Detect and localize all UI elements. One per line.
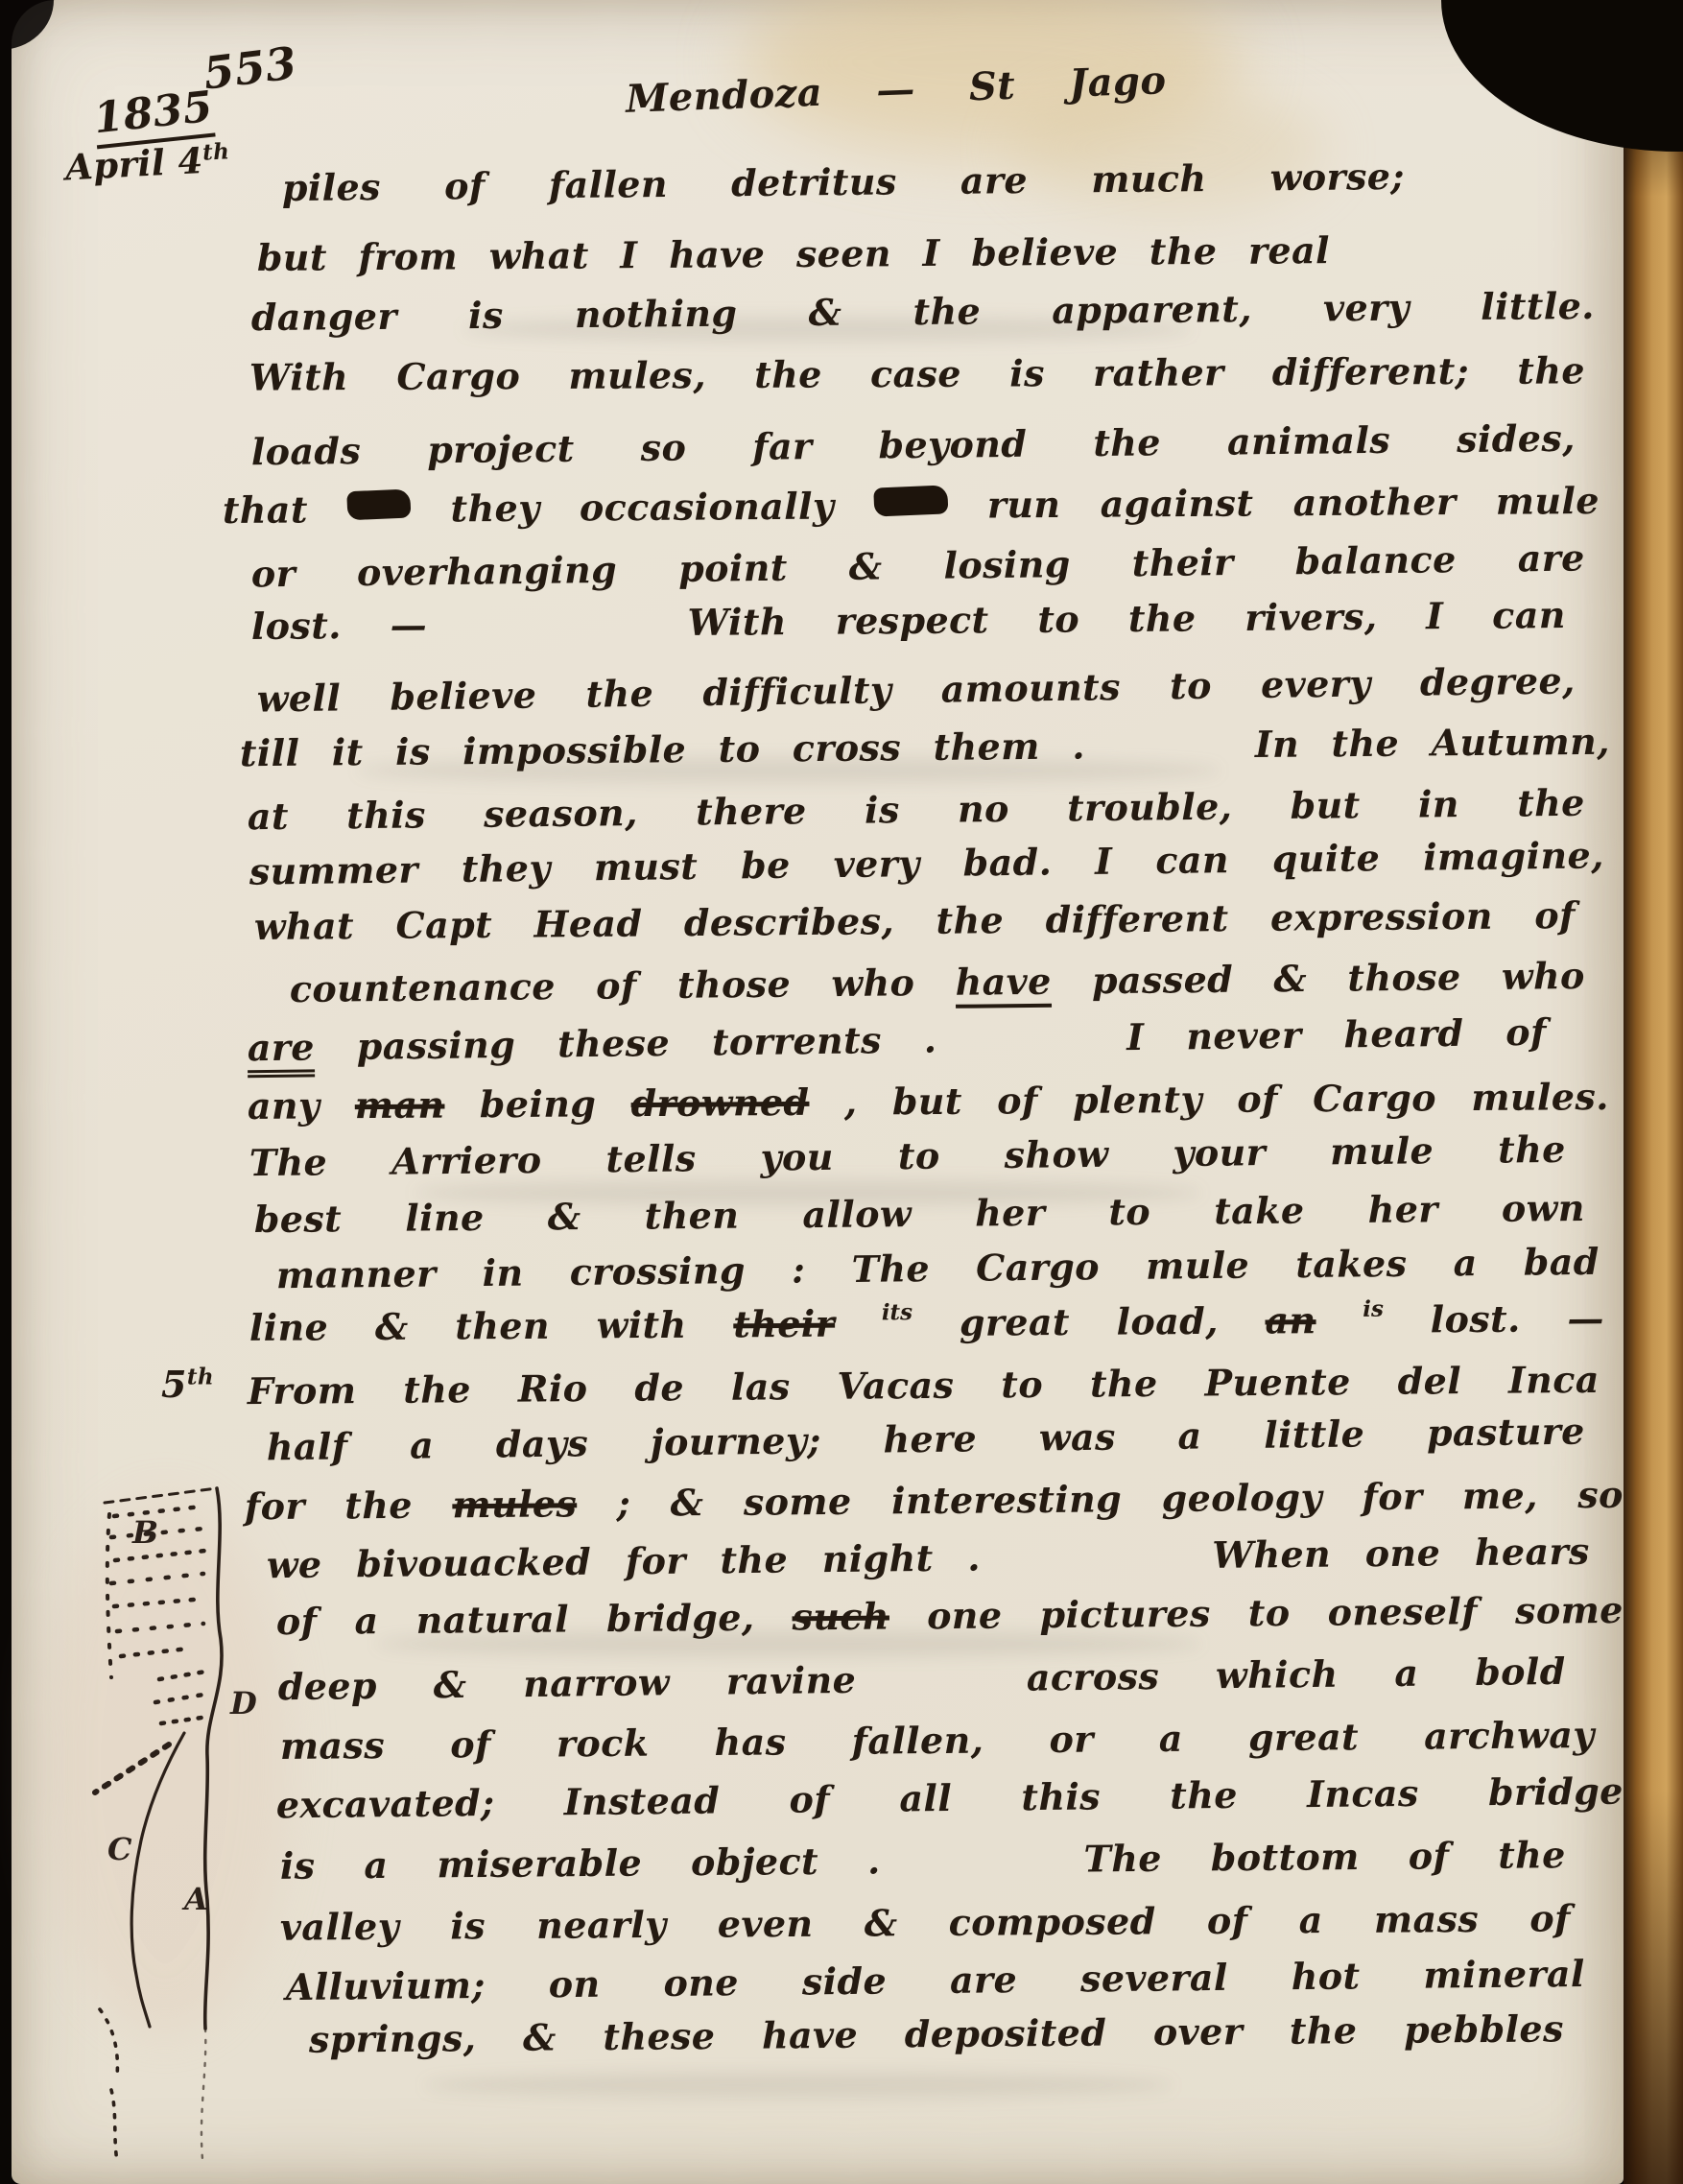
manuscript-words: With Cargo mules, the case is rather dif… (249, 348, 1585, 398)
manuscript-words: The bottom of the (1083, 1833, 1566, 1880)
manuscript-word-gap (979, 1051, 1084, 1052)
manuscript-word-strike: such (792, 1595, 889, 1639)
manuscript-word-gap-lg (1015, 1568, 1178, 1570)
manuscript-words: lost. — (1431, 1296, 1604, 1341)
manuscript-word-strike: mules (452, 1482, 577, 1526)
manuscript-words: piles of fallen detritus are much worse; (282, 154, 1405, 209)
manuscript-words: any (248, 1083, 320, 1128)
manuscript-words: ; & some interesting geology for me, so (617, 1473, 1624, 1525)
manuscript-words: valley is nearly even & composed of a ma… (280, 1896, 1571, 1948)
sketch-label-a: A (181, 1881, 208, 1917)
manuscript-words: In the Autumn, (1255, 720, 1610, 766)
manuscript-words: till it is impossible to cross them . (240, 724, 1085, 775)
book-page-edges (1624, 0, 1683, 2184)
manuscript-word-strike: drowned (630, 1080, 809, 1125)
manuscript-words: When one hears (1212, 1530, 1590, 1577)
manuscript-word-gap (1117, 757, 1222, 758)
manuscript-words: run against another mule (987, 479, 1600, 526)
book-photo: 1835 553 Mendoza — St Jago 553 April 4th… (0, 0, 1683, 2184)
manuscript-words: they occasionally (450, 485, 834, 531)
manuscript-word-gap-sm (913, 1691, 970, 1692)
manuscript-page: 1835 553 Mendoza — St Jago 553 April 4th… (12, 0, 1624, 2184)
manuscript-words: countenance of those who (290, 961, 915, 1010)
manuscript-word-strike: man (355, 1083, 445, 1128)
manuscript-word-uu: are (248, 1025, 316, 1078)
sketch-label-c: C (107, 1831, 132, 1867)
manuscript-word-sup: is (1363, 1296, 1384, 1322)
manuscript-word-blot: —— (873, 485, 948, 516)
manuscript-words: that (223, 487, 308, 532)
manuscript-words: I never heard of (1126, 1010, 1547, 1058)
manuscript-word-u: have (955, 960, 1052, 1009)
manuscript-word-strike: an (1265, 1298, 1316, 1341)
manuscript-words: across which a bold (1027, 1650, 1566, 1699)
manuscript-words: line & then with (249, 1303, 687, 1349)
manuscript-words: being (480, 1081, 597, 1126)
margin-sketch-inca-bridge: B D C A (61, 1476, 268, 2172)
manuscript-word-gap (930, 1872, 1035, 1873)
manuscript-words: one pictures to oneself some (927, 1588, 1624, 1637)
manuscript-words: great load, (960, 1299, 1219, 1344)
manuscript-word-gap-lg (476, 635, 639, 636)
sketch-label-b: B (131, 1514, 158, 1551)
manuscript-words: deep & narrow ravine (278, 1658, 857, 1708)
manuscript-words: passed & those who (1092, 954, 1585, 1002)
sketch-label-d: D (229, 1685, 257, 1721)
manuscript-word-sup: its (882, 1299, 913, 1325)
manuscript-words: for the (245, 1484, 413, 1529)
manuscript-words: lost. — (251, 603, 428, 648)
manuscript-words: of a natural bridge, (276, 1596, 755, 1643)
manuscript-words: , but of plenty of Cargo mules. (844, 1075, 1609, 1124)
manuscript-line: springs, & these have deposited over the… (309, 2007, 1565, 2102)
manuscript-words: passing these torrents . (356, 1017, 936, 1067)
manuscript-word-blot: – (347, 489, 412, 521)
manuscript-words: is a miserable object . (280, 1839, 881, 1887)
manuscript-words: but from what I have seen I believe the … (257, 228, 1330, 279)
manuscript-words: With respect to the rivers, I can (687, 593, 1565, 644)
manuscript-word-strike: their (733, 1302, 835, 1346)
manuscript-words: we bivouacked for the night . (267, 1535, 982, 1586)
